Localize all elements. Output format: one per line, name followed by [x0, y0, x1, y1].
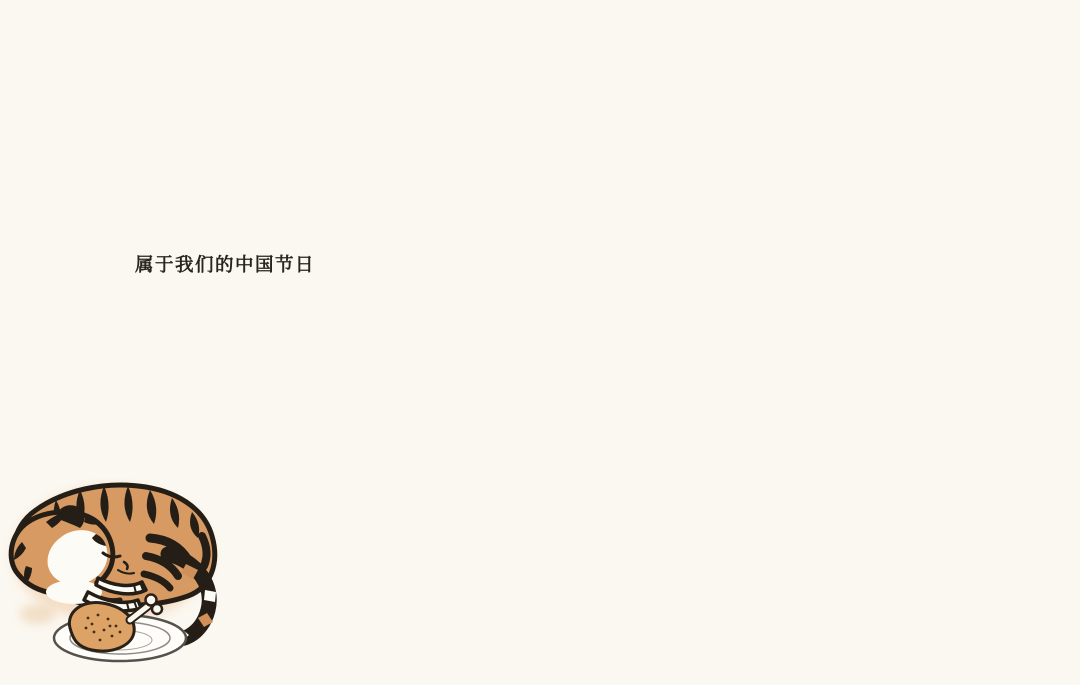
left-page: 属于我们的中国节日	[0, 0, 540, 685]
book-spread: 属于我们的中国节日	[0, 0, 1080, 685]
tiger-eating-drumstick-illustration	[0, 478, 260, 685]
right-page: 你知道我们经常过的传统节日是从哪里来的吗？ 有的节日，是为了纪念历史人物。比如，…	[540, 0, 1080, 685]
chapter-title: 属于我们的中国节日	[135, 251, 315, 277]
